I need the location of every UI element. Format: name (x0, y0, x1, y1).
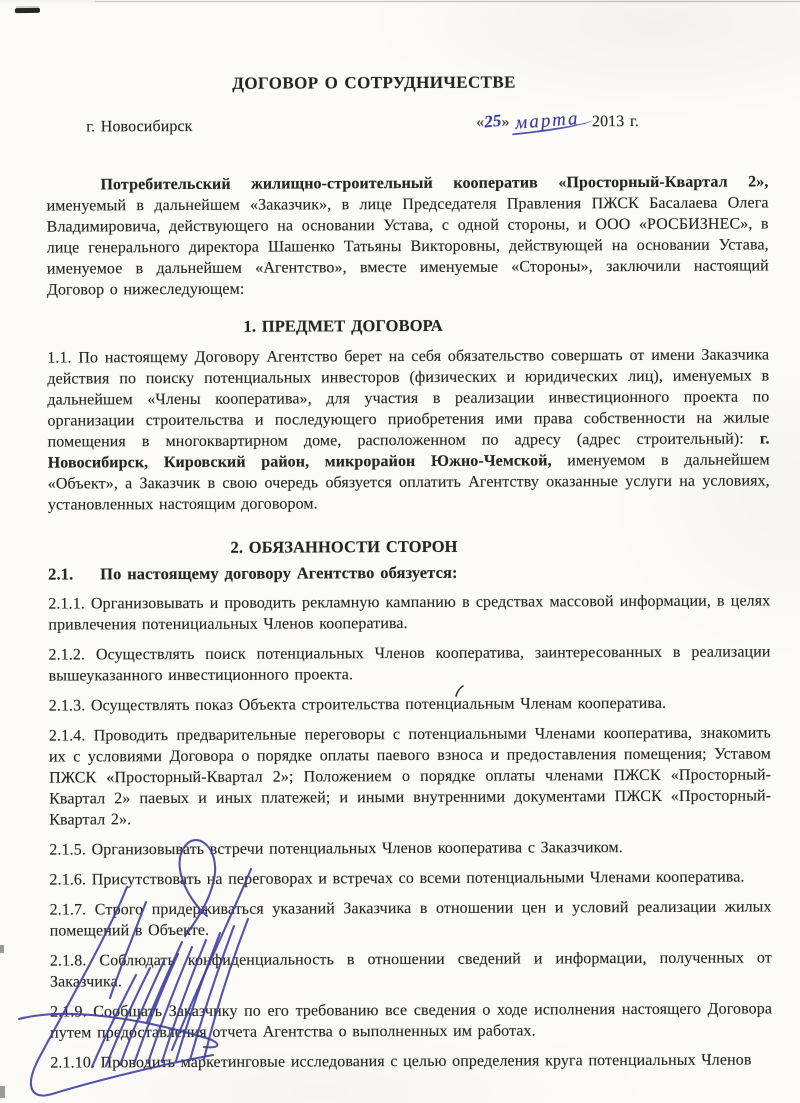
clause-number: 2.1.4. (49, 727, 94, 744)
clause-number: 2.1.7. (50, 901, 95, 918)
document-body: ДОГОВОР О СОТРУДНИЧЕСТВЕ г. Новосибирск … (46, 0, 773, 1074)
contract-clause: 2.1.6. Присутствовать на переговорах и в… (49, 866, 771, 890)
clause-number: 2.1.10. (50, 1054, 100, 1071)
handwritten-month: марта (515, 108, 581, 134)
party-name-bold: Потребительский жилищно-строительный коо… (100, 173, 768, 193)
scanned-contract-page: ДОГОВОР О СОТРУДНИЧЕСТВЕ г. Новосибирск … (0, 0, 800, 1103)
contract-clause: 2.1.5. Организовывать встречи потенциаль… (49, 836, 771, 860)
date-block: «25»марта2013 г. (476, 110, 639, 133)
contract-clause: 2.1.2. Осуществлять поиск потенциальных … (48, 641, 770, 686)
clause-text: Осуществлять показ Объекта строительства… (91, 695, 666, 715)
clause-text: Организовывать встречи потенциальных Чле… (92, 839, 623, 858)
clause-number: 2.1.9. (50, 1003, 93, 1020)
section-1-heading: 1. ПРЕДМЕТ ДОГОВОРА (0, 314, 704, 338)
preamble-text: именуемый в дальнейшем «Заказчик», в лиц… (47, 194, 769, 298)
scan-speck (0, 1086, 5, 1098)
clause-number: 2.1.6. (49, 871, 91, 888)
clause-number: 2.1.8. (50, 952, 100, 969)
contract-clause: 2.1.4. Проводить предварительные перегов… (49, 722, 771, 830)
clause-text: Проводить предварительные переговоры с п… (49, 724, 771, 828)
clause-1-1-text: 1.1. По настоящему Договору Агентство бе… (47, 346, 769, 450)
city-label: г. Новосибирск (86, 116, 192, 137)
clause-text: Сообщать Заказчику по его требованию все… (50, 1000, 772, 1041)
clause-text: Соблюдать конфиденциальность в отношении… (50, 949, 772, 990)
city-date-row: г. Новосибирск «25»марта2013 г. (46, 113, 768, 140)
clause-2-1-text: По настоящему договору Агентство обязует… (100, 563, 458, 584)
clause-text: Проводить маркетинговые исследования с ц… (101, 1052, 752, 1072)
handwritten-day: 25 (483, 110, 502, 133)
clause-number: 2.1.5. (49, 841, 91, 858)
clause-text: Строго придерживаться указаний Заказчика… (50, 898, 772, 939)
document-title: ДОГОВОР О СОТРУДНИЧЕСТВЕ (13, 71, 735, 95)
clause-1-1: 1.1. По настоящему Договору Агентство бе… (47, 344, 770, 515)
clause-number: 2.1.2. (48, 646, 95, 663)
contract-clause: 2.1.3. Осуществлять показ Объекта строит… (49, 692, 771, 716)
clause-number: 2.1.1. (48, 595, 91, 612)
clause-2-1-header: 2.1.По настоящему договору Агентство обя… (48, 560, 770, 584)
clause-number: 2.1. (48, 563, 100, 584)
contract-clause: 2.1.9. Сообщать Заказчику по его требова… (50, 998, 772, 1043)
section-2-heading: 2. ОБЯЗАННОСТИ СТОРОН (0, 535, 705, 559)
contract-clause: 2.1.8. Соблюдать конфиденциальность в от… (50, 947, 772, 992)
clause-number: 2.1.3. (49, 697, 91, 714)
clause-text: Организовывать и проводить рекламную кам… (48, 592, 770, 633)
contract-clause: 2.1.7. Строго придерживаться указаний За… (50, 896, 772, 941)
close-quote: » (501, 114, 509, 131)
clause-text: Присутствовать на переговорах и встречах… (92, 869, 745, 889)
scan-corner-mark (15, 8, 40, 13)
scan-speck (0, 945, 4, 953)
preamble-paragraph: Потребительский жилищно-строительный коо… (46, 171, 769, 300)
year-label: 2013 г. (592, 113, 639, 130)
clause-text: Осуществлять поиск потенциальных Членов … (49, 643, 771, 684)
contract-clause: 2.1.10. Проводить маркетинговые исследов… (50, 1049, 772, 1073)
contract-clause: 2.1.1. Организовывать и проводить реклам… (48, 590, 770, 635)
